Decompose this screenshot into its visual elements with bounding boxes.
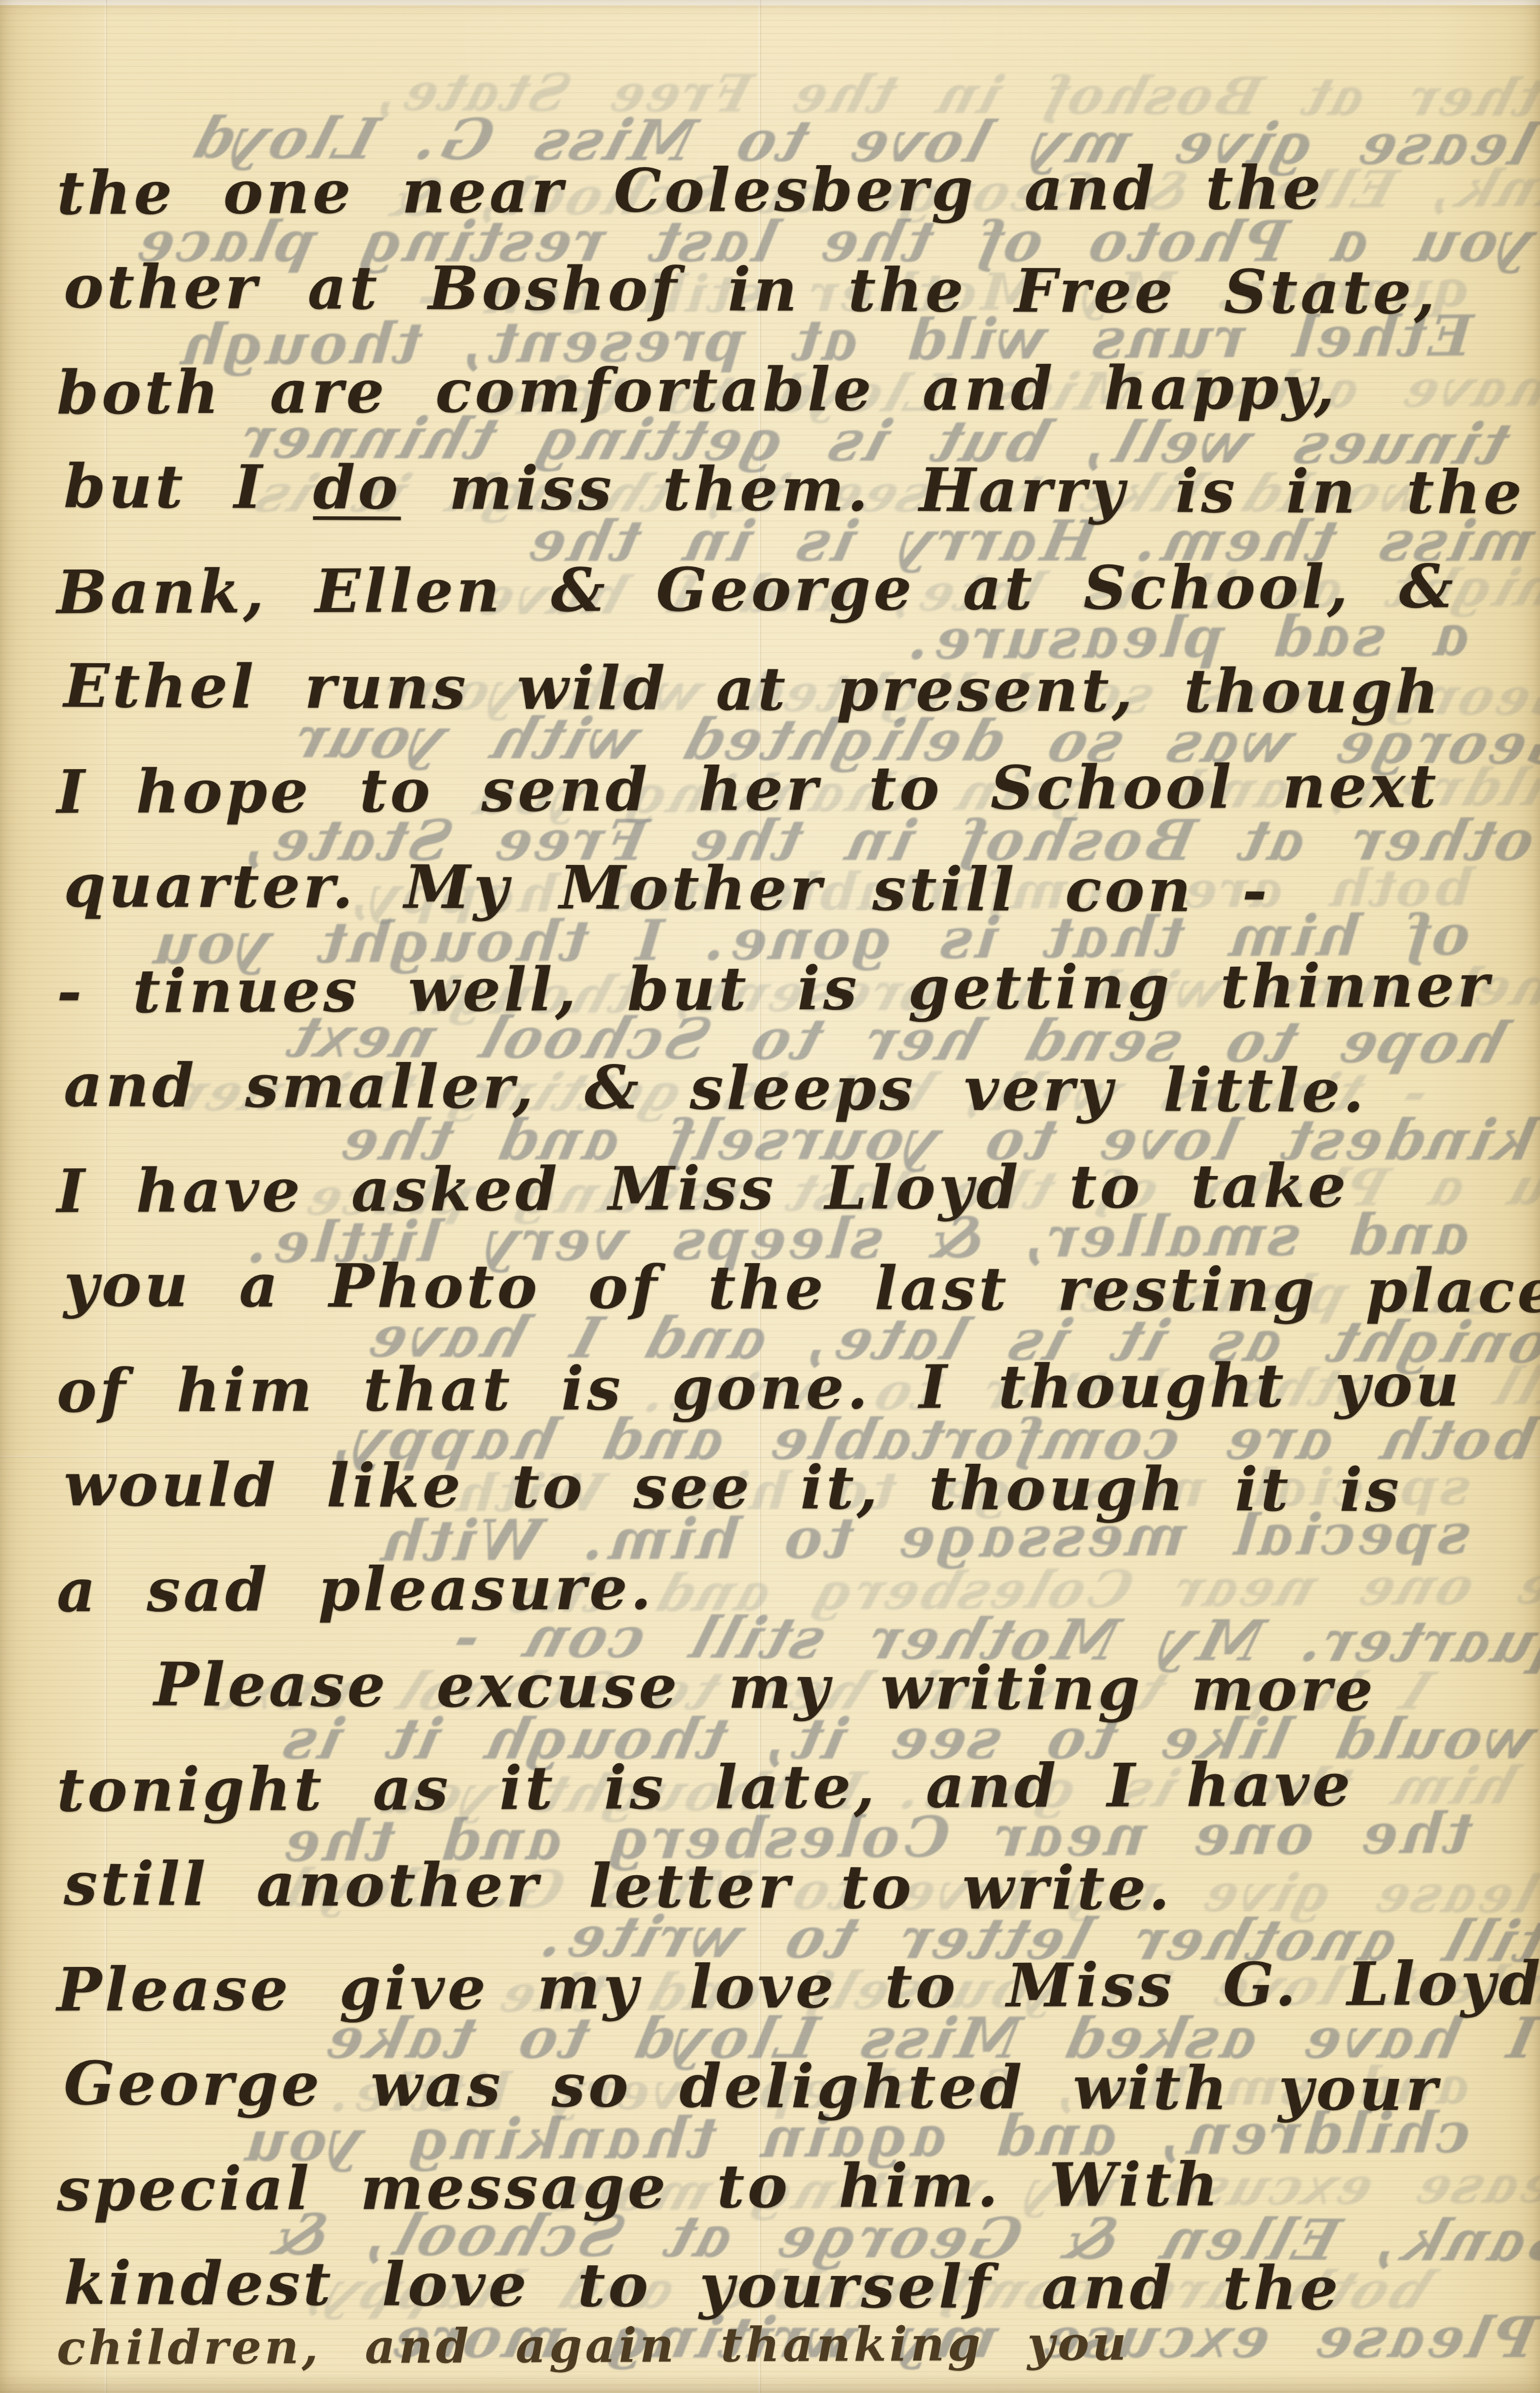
letter-line: both are comfortable and happy, [57, 336, 1520, 443]
letter-line: and smaller, & sleeps very little. [64, 1035, 1527, 1142]
letter-line: special message to him. With [57, 2133, 1520, 2239]
letter-line: the one near Colesberg and the [57, 137, 1520, 243]
letter-page: other at Boshof in the Free State, Bank,… [0, 0, 1540, 2393]
letter-line: Please give my love to Miss G. Lloyd [57, 1933, 1520, 2040]
letter-body: the one near Colesberg and the other at … [57, 140, 1520, 2377]
letter-line: Bank, Ellen & George at School, & [57, 536, 1520, 642]
letter-line: - tinues well, but is getting thinner [57, 935, 1520, 1042]
letter-line-segment: but I [64, 451, 314, 522]
letter-line-segment: miss them. Harry is in the [401, 452, 1525, 528]
underlined-word: do [313, 452, 401, 523]
letter-line: you a Photo of the last resting place [64, 1235, 1527, 1341]
letter-line-final-cramped: children, and again thanking you [57, 2309, 1520, 2381]
letter-line: I have asked Miss Lloyd to take [57, 1135, 1520, 1241]
letter-line: a sad pleasure. [57, 1534, 1520, 1641]
letter-line: still another letter to write. [64, 1834, 1527, 1940]
letter-line: other at Boshof in the Free State, [64, 237, 1527, 343]
letter-line: Ethel runs wild at present, though [64, 636, 1527, 742]
letter-line: I hope to send her to School next [57, 736, 1520, 842]
letter-line: quarter. My Mother still con - [64, 835, 1527, 942]
letter-line-paragraph-start: Please excuse my writing more [64, 1634, 1527, 1740]
letter-line: tonight as it is late, and I have [57, 1734, 1520, 1840]
scan-edge [0, 0, 1540, 5]
letter-line: but I do miss them. Harry is in the [64, 436, 1527, 543]
letter-line: of him that is gone. I thought you [57, 1335, 1520, 1441]
letter-line: George was so delighted with your [64, 2033, 1527, 2140]
letter-line: would like to see it, though it is [64, 1434, 1527, 1541]
